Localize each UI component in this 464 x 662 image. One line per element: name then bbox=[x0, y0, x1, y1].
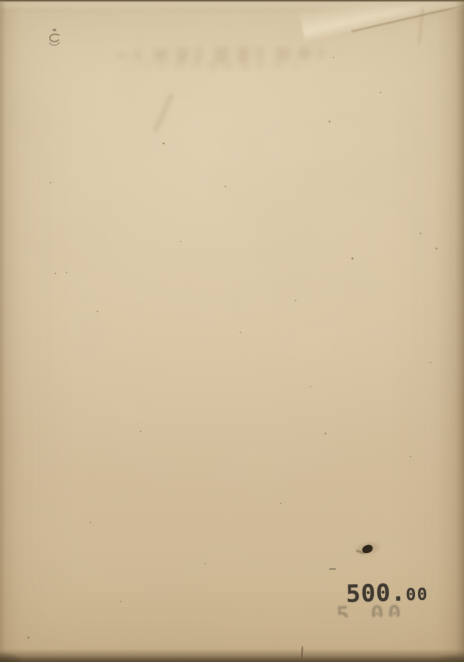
top-right-crease-highlight bbox=[296, 0, 464, 57]
small-dash-mark bbox=[329, 568, 336, 570]
hair-fiber-mark bbox=[300, 646, 303, 661]
photo-left-edge bbox=[0, 0, 6, 662]
photo-bottom-edge bbox=[0, 649, 464, 662]
pencil-squiggle-icon bbox=[40, 24, 68, 54]
paper-speckles bbox=[0, 0, 1, 1]
price-stamp-partial-second-impression: 5 00 bbox=[336, 603, 405, 617]
price-stamp-cents: 00 bbox=[406, 585, 429, 606]
photo-vignette bbox=[0, 0, 464, 662]
faint-diagonal-streak bbox=[154, 93, 174, 133]
photo-right-edge bbox=[455, 0, 464, 662]
scanned-page: 500.00 5 00 bbox=[0, 0, 464, 662]
show-through-text-band-lower bbox=[142, 61, 310, 70]
paper-grain-texture bbox=[0, 0, 464, 662]
